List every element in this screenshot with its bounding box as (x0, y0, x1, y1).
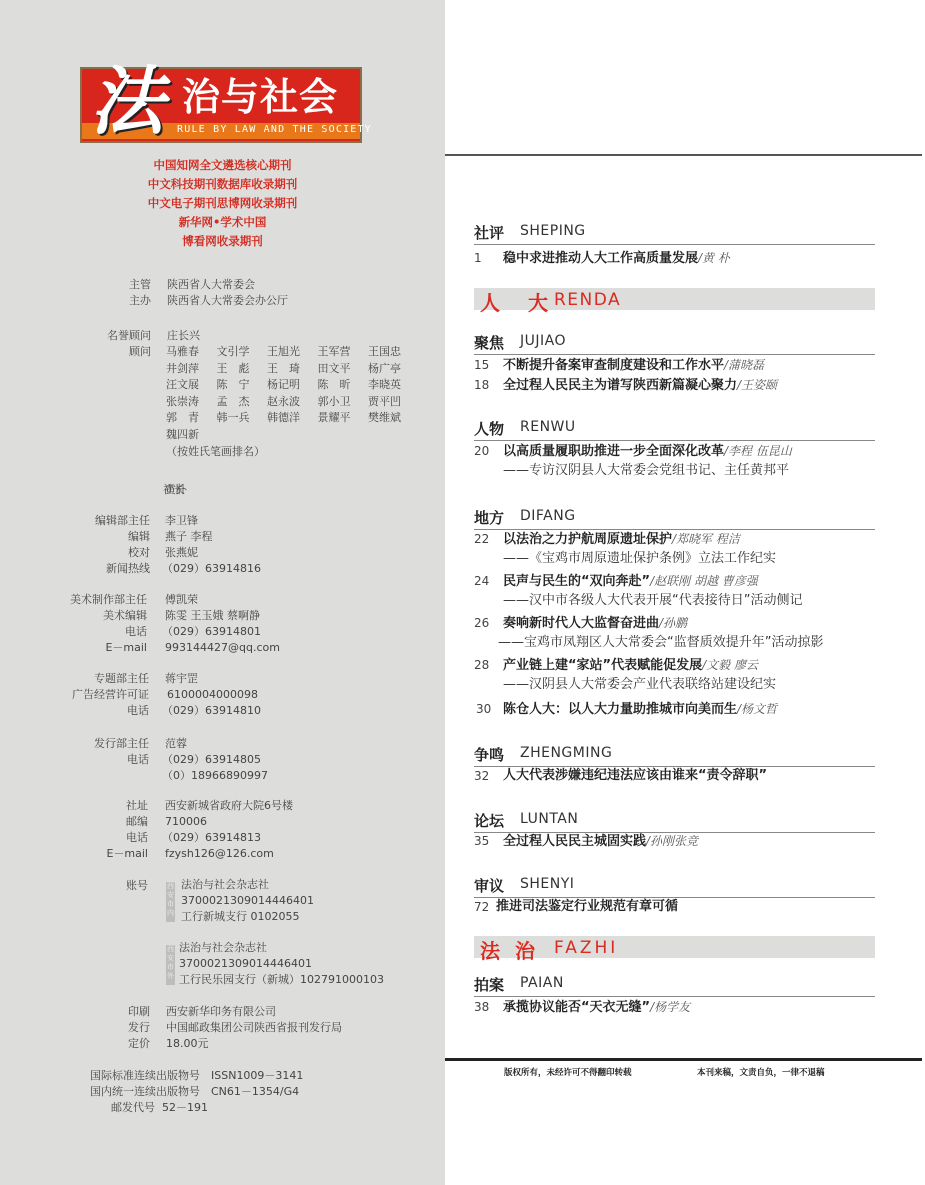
info-value: 西安新城省政府大院6号楼 (165, 798, 293, 814)
advisor-name: 韩一兵 (217, 410, 268, 427)
section-title-cn: 审议 (474, 875, 504, 896)
section-title-en: PAIAN (520, 975, 564, 991)
info-label: 发行 (128, 1020, 150, 1036)
article-title: 承揽协议能否“天衣无缝” (503, 1000, 650, 1015)
info-value: 中国邮政集团公司陕西省报刊发行局 (166, 1020, 342, 1036)
section-title-en: RENWU (520, 419, 576, 435)
indexing-list: 中国知网全文遴选核心期刊 中文科技期刊数据库收录期刊 中文电子期刊思博网收录期刊… (100, 156, 345, 251)
advisor-name: 韩德洋 (267, 410, 318, 427)
section-title-cn: 地方 (474, 507, 504, 528)
advisor-name: 王军营 (318, 344, 369, 361)
masthead-panel: RULE BY LAW AND THE SOCIETY 法 治与社会 中国知网全… (0, 0, 445, 1185)
article-author: /文毅 廖云 (702, 658, 758, 672)
article-title: 民声与民生的“双向奔赴” (503, 574, 650, 589)
advisor-name: 王 琦 (267, 361, 318, 378)
info-label: E－mail (106, 846, 148, 862)
section-title-cn: 争鸣 (474, 744, 504, 765)
info-label: 邮编 (126, 814, 148, 830)
info-value: （029）63914816 (162, 561, 261, 577)
info-value: 993144427@qq.com (165, 640, 280, 656)
article-title: 陈仓人大：以人大力量助推城市向美而生 (503, 702, 737, 717)
article-title: 稳中求进推动人大工作高质量发展 (503, 251, 698, 266)
section-header-difang: 地方 DIFANG (474, 507, 875, 530)
advisor-name: 陈 昕 (318, 377, 369, 394)
page-number: 18 (474, 376, 489, 394)
editorial-block: 编辑部主任李卫锋 编辑燕子 李程 校对张燕妮 新闻热线（029）63914816 (0, 513, 445, 577)
indexing-item: 中文电子期刊思博网收录期刊 (100, 194, 345, 213)
section-title-cn: 论坛 (474, 810, 504, 831)
article-title: 以高质量履职助推进一步全面深化改革 (503, 444, 724, 459)
account-remote: 法治与社会杂志社 3700021309014446401 工行民乐园支行（新城）… (179, 940, 384, 988)
page-number: 26 (474, 614, 489, 632)
advisor-name: 杨广亭 (368, 361, 419, 378)
info-label: 专题部主任 (94, 671, 149, 687)
section-header-shenyi: 审议 SHENYI (474, 875, 875, 898)
page-number: 28 (474, 656, 489, 674)
article-subtitle: ——汉中市各级人大代表开展“代表接待日”活动侧记 (503, 592, 802, 610)
info-value: （029）63914813 (162, 830, 261, 846)
section-title-en: ZHENGMING (520, 745, 612, 761)
advisor-name: 王国忠 (368, 344, 419, 361)
special-block: 专题部主任蒋宇罡 广告经营许可证6100004000098 电话（029）639… (0, 671, 445, 719)
info-label: 电话 (126, 830, 148, 846)
advisor-name: 田文平 (318, 361, 369, 378)
advisor-name: 汪文展 (166, 377, 217, 394)
page-number: 72 (474, 898, 489, 916)
section-header-renwu: 人物 RENWU (474, 418, 875, 441)
page-number: 38 (474, 998, 489, 1016)
advisor-name: 李晓英 (368, 377, 419, 394)
section-title-cn: 聚焦 (474, 332, 504, 353)
section-title-cn: 拍案 (474, 974, 504, 995)
logo-subtitle: RULE BY LAW AND THE SOCIETY (177, 124, 372, 135)
band-title-cn: 法 治 (480, 935, 539, 964)
page-number: 30 (476, 700, 491, 718)
info-label: 印刷 (128, 1004, 150, 1020)
info-value: 西安新华印务有限公司 (166, 1004, 276, 1020)
section-header-jujiao: 聚焦 JUJIAO (474, 332, 875, 355)
article-title: 不断提升备案审查制度建设和工作水平 (503, 358, 724, 373)
info-label: 电话 (125, 624, 147, 640)
account-region-tag: 西安市内 (166, 882, 175, 922)
page-number: 22 (474, 530, 489, 548)
section-header-zhengming: 争鸣 ZHENGMING (474, 744, 875, 767)
info-label: E－mail (105, 640, 147, 656)
printing-block: 印刷西安新华印务有限公司 发行中国邮政集团公司陕西省报刊发行局 定价18.00元 (0, 1004, 445, 1052)
article-author: /杨学友 (650, 1000, 690, 1014)
advisor-name: 樊维斌 (368, 410, 419, 427)
article-author: /郑晓军 程洁 (672, 532, 740, 546)
page-number: 35 (474, 832, 489, 850)
president-row: 社长黄朴 (0, 482, 445, 498)
info-label: 编辑 (128, 529, 150, 545)
info-value: 李卫锋 (165, 513, 198, 529)
info-value: （029）63914801 (162, 624, 261, 640)
advisors-grid: 马雅春文引学王旭光王军营王国忠 井剑萍王 彪王 琦田文平杨广亭 汪文展陈 宁杨记… (166, 344, 419, 460)
account-number: 3700021309014446401 (181, 893, 314, 909)
toc-entry[interactable]: 26 奏响新时代人大监督奋进曲/孙鹏 ——宝鸡市凤翔区人大常委会“监督质效提升年… (474, 614, 894, 654)
logo-calligraphy-char: 法 (90, 57, 164, 147)
info-value: CN61－1354/G4 (211, 1084, 299, 1100)
advisor-name: 王旭光 (267, 344, 318, 361)
advisor-name: 郭 青 (166, 410, 217, 427)
account-bank: 工行新城支行 0102055 (181, 909, 314, 925)
advisor-name: 陈 宁 (217, 377, 268, 394)
info-label: 编辑部主任 (95, 513, 150, 529)
page-number: 20 (474, 442, 489, 460)
info-value: 傅凯荣 (165, 592, 198, 608)
category-band-renda: 人 大 RENDA (474, 288, 875, 310)
info-label: 电话 (127, 752, 149, 768)
info-value: 52－191 (162, 1100, 208, 1116)
toc-entry[interactable]: 20 以高质量履职助推进一步全面深化改革/李程 伍昆山 ——专访汉阴县人大常委会… (474, 442, 894, 482)
info-value: 6100004000098 (167, 687, 258, 703)
info-label: 顾问 (129, 344, 151, 360)
info-label: 名誉顾问 (107, 328, 151, 344)
advisor-name: 张崇涛 (166, 394, 217, 411)
art-block: 美术制作部主任傅凯荣 美术编辑陈雯 王玉娥 蔡啊静 电话（029）6391480… (0, 592, 445, 656)
info-value: ISSN1009－3141 (211, 1068, 303, 1084)
advisor-name: 贾平凹 (368, 394, 419, 411)
page-number: 24 (474, 572, 489, 590)
info-label: 定价 (128, 1036, 150, 1052)
info-value: 蒋宇罡 (165, 671, 198, 687)
category-band-fazhi: 法 治 FAZHI (474, 936, 875, 958)
submission-notice: 本刊来稿，文责自负，一律不退稿 (697, 1066, 825, 1078)
info-label: 账号 (126, 878, 148, 894)
info-value: 陕西省人大常委会办公厅 (167, 293, 288, 309)
address-block: 社址西安新城省政府大院6号楼 邮编710006 电话（029）63914813 … (0, 798, 445, 862)
advisor-name: 孟 杰 (217, 394, 268, 411)
indexing-item: 中文科技期刊数据库收录期刊 (100, 175, 345, 194)
info-value: （029）63914805 (162, 752, 261, 768)
article-subtitle: ——宝鸡市凤翔区人大常委会“监督质效提升年”活动掠影 (498, 634, 823, 652)
advisor-name: 马雅春 (166, 344, 217, 361)
toc-entry[interactable]: 24 民声与民生的“双向奔赴”/赵联刚 胡越 曹彦强 ——汉中市各级人大代表开展… (474, 572, 894, 612)
info-value: 陕西省人大常委会 (167, 277, 255, 293)
account-name: 法治与社会杂志社 (179, 940, 384, 956)
section-title-en: DIFANG (520, 508, 576, 524)
bottom-divider (445, 1058, 922, 1061)
section-title-cn: 人物 (474, 418, 504, 439)
advisor-name: 赵永波 (267, 394, 318, 411)
account-name: 法治与社会杂志社 (181, 877, 314, 893)
advisor-name: 文引学 (217, 344, 268, 361)
info-label: 发行部主任 (94, 736, 149, 752)
section-title-en: SHEPING (520, 223, 586, 239)
article-author: /黄 朴 (698, 251, 730, 265)
advisor-name: 郭小卫 (318, 394, 369, 411)
info-label: 主管 (129, 277, 151, 293)
info-value: 陈雯 王玉娥 蔡啊静 (165, 608, 260, 624)
band-title-cn: 人 大 (480, 287, 552, 316)
band-title-en: RENDA (554, 290, 621, 310)
toc-entry[interactable]: 28 产业链上建“家站”代表赋能促发展/文毅 廖云 ——汉阴县人大常委会产业代表… (474, 656, 894, 696)
advisors-note: （按姓氏笔画排名） (166, 444, 419, 461)
magazine-logo: RULE BY LAW AND THE SOCIETY 法 治与社会 (80, 67, 362, 143)
account-local: 法治与社会杂志社 3700021309014446401 工行新城支行 0102… (181, 877, 314, 925)
account-bank: 工行民乐园支行（新城）102791000103 (179, 972, 384, 988)
article-author: /王姿颐 (737, 378, 777, 392)
section-header-sheping: 社评 SHEPING (474, 222, 875, 245)
article-author: /孙鹏 (659, 616, 687, 630)
article-subtitle: ——专访汉阴县人大常委会党组书记、主任黄邦平 (503, 462, 789, 480)
band-title-en: FAZHI (554, 938, 618, 958)
indexing-item: 博看网收录期刊 (100, 232, 345, 251)
indexing-item: 中国知网全文遴选核心期刊 (100, 156, 345, 175)
logo-title: 治与社会 (182, 75, 338, 119)
info-value: fzysh126@126.com (165, 846, 274, 862)
info-label: 邮发代号 (111, 1100, 155, 1116)
article-author: /李程 伍昆山 (724, 444, 792, 458)
advisor-name: 魏四新 (166, 427, 217, 444)
toc-entry[interactable]: 22 以法治之力护航周原遗址保护/郑晓军 程洁 ——《宝鸡市周原遗址保护条例》立… (474, 530, 894, 570)
article-subtitle: ——《宝鸡市周原遗址保护条例》立法工作纪实 (503, 550, 776, 568)
article-title: 产业链上建“家站”代表赋能促发展 (503, 658, 702, 673)
article-title: 全过程人民民主城固实践 (503, 834, 646, 849)
info-value: （029）63914810 (162, 703, 261, 719)
info-value: 张燕妮 (165, 545, 198, 561)
advisor-name: 王 彪 (217, 361, 268, 378)
account-region-tag: 西安市外 (166, 945, 175, 985)
article-title: 推进司法鉴定行业规范有章可循 (496, 899, 678, 914)
info-value: 庄长兴 (167, 328, 200, 344)
section-header-paian: 拍案 PAIAN (474, 974, 875, 997)
advisor-name: 杨记明 (267, 377, 318, 394)
top-divider (445, 154, 922, 156)
page-number: 1 (474, 249, 482, 267)
article-title: 以法治之力护航周原遗址保护 (503, 532, 672, 547)
article-author: /孙刚张竞 (646, 834, 698, 848)
info-value: 燕子 李程 (165, 529, 213, 545)
section-title-en: LUNTAN (520, 811, 578, 827)
info-value: 18.00元 (166, 1036, 209, 1052)
info-value: 范蓉 (165, 736, 187, 752)
info-label: 国内统一连续出版物号 (90, 1084, 200, 1100)
info-label: 美术编辑 (103, 608, 147, 624)
distribution-block: 发行部主任范蓉 电话（029）63914805 （0）18966890997 (0, 736, 445, 784)
article-author: /蒲晓磊 (724, 358, 764, 372)
page-number: 15 (474, 356, 489, 374)
article-title: 奏响新时代人大监督奋进曲 (503, 616, 659, 631)
section-title-en: SHENYI (520, 876, 574, 892)
advisor-name: 景耀平 (318, 410, 369, 427)
article-title: 人大代表涉嫌违纪违法应该由谁来“责令辞职” (503, 768, 767, 783)
info-value: （0）18966890997 (162, 768, 268, 784)
info-value: 黄朴 (165, 482, 187, 498)
article-author: /赵联刚 胡越 曹彦强 (650, 574, 758, 588)
section-header-luntan: 论坛 LUNTAN (474, 810, 875, 833)
copyright-notice: 版权所有，未经许可不得翻印转载 (504, 1066, 632, 1078)
serial-numbers-block: 国际标准连续出版物号ISSN1009－3141 国内统一连续出版物号CN61－1… (0, 1068, 445, 1116)
sponsor-block: 主管陕西省人大常委会 主办陕西省人大常委会办公厅 (0, 277, 445, 309)
info-label: 广告经营许可证 (72, 687, 149, 703)
article-title: 全过程人民民主为谱写陕西新篇凝心聚力 (503, 378, 737, 393)
info-label: 社址 (126, 798, 148, 814)
info-label: 新闻热线 (106, 561, 150, 577)
account-number: 3700021309014446401 (179, 956, 384, 972)
page-number: 32 (474, 767, 489, 785)
article-subtitle: ——汉阴县人大常委会产业代表联络站建设纪实 (503, 676, 776, 694)
info-label: 电话 (127, 703, 149, 719)
info-label: 校对 (128, 545, 150, 561)
section-title-en: JUJIAO (520, 333, 566, 349)
info-value: 710006 (165, 814, 207, 830)
info-label: 国际标准连续出版物号 (90, 1068, 200, 1084)
info-label: 主办 (129, 293, 151, 309)
info-label: 美术制作部主任 (70, 592, 147, 608)
article-author: /杨文哲 (737, 702, 777, 716)
advisor-name: 井剑萍 (166, 361, 217, 378)
indexing-item: 新华网•学术中国 (100, 213, 345, 232)
section-title-cn: 社评 (474, 222, 504, 243)
